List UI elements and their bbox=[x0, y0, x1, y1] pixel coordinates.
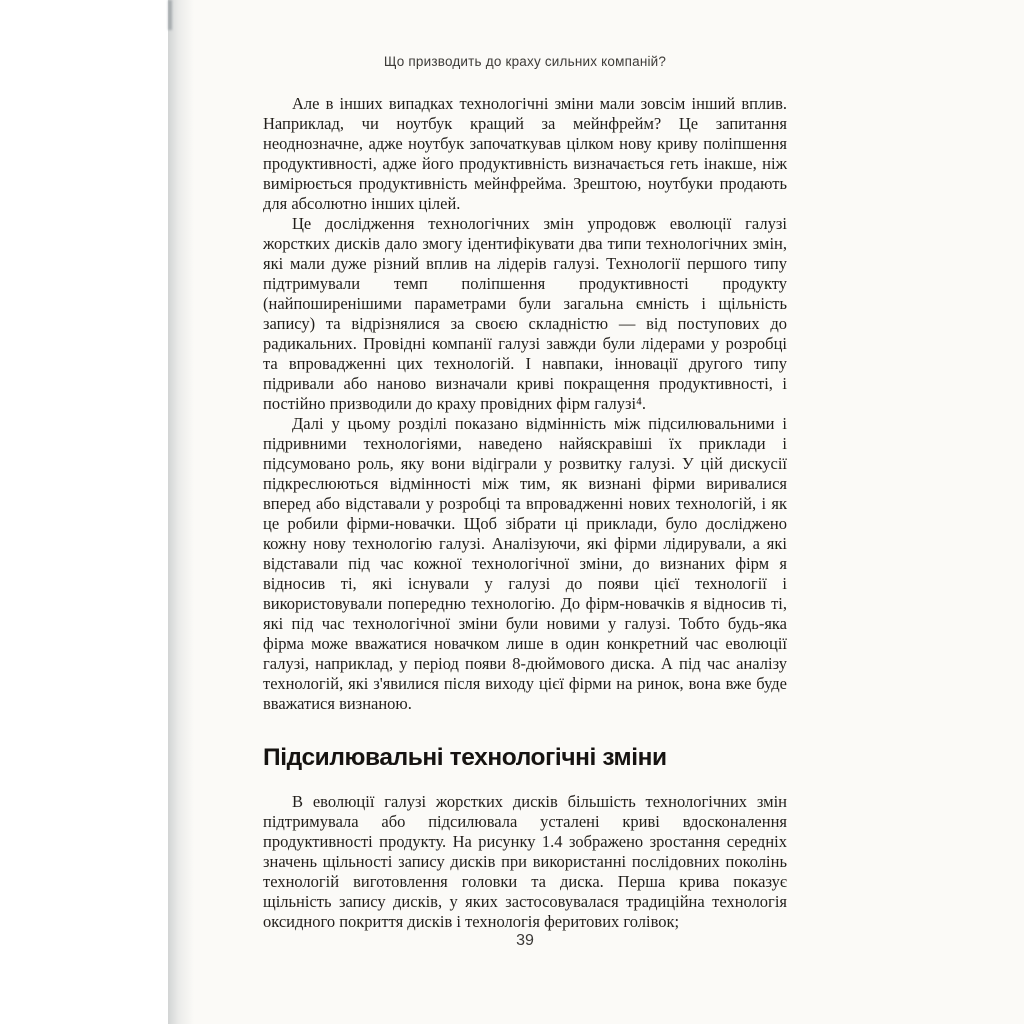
page-edge-shadow bbox=[168, 0, 194, 1024]
paragraph-1: Але в інших випадках технологічні зміни … bbox=[263, 94, 787, 214]
page-number: 39 bbox=[263, 932, 787, 950]
page-edge-top-shadow bbox=[168, 0, 172, 30]
body-text: Але в інших випадках технологічні зміни … bbox=[263, 94, 787, 932]
paragraph-3: Далі у цьому розділі показано відмінніст… bbox=[263, 414, 787, 714]
paragraph-4: В еволюції галузі жорстких дисків більші… bbox=[263, 792, 787, 932]
paragraph-2: Це дослідження технологічних змін упродо… bbox=[263, 214, 787, 414]
section-heading: Підсилювальні технологічні зміни bbox=[263, 744, 787, 772]
running-head: Що призводить до краху сильних компаній? bbox=[263, 54, 787, 69]
